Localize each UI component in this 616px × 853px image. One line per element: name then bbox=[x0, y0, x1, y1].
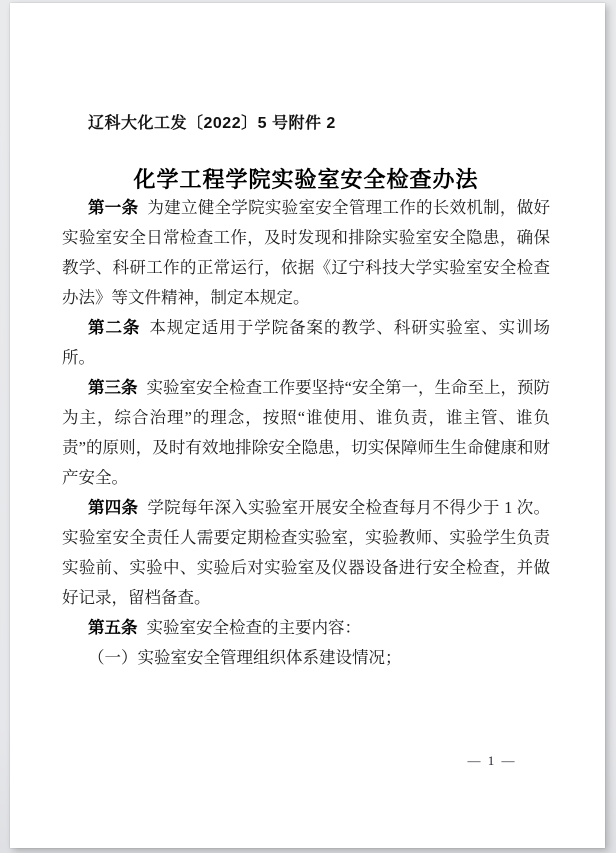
article-label: 第三条 bbox=[88, 379, 138, 397]
paragraph: （一）实验室安全管理组织体系建设情况； bbox=[62, 643, 550, 673]
paragraph: 第四条学院每年深入实验室开展安全检查每月不得少于 1 次。实验室安全责任人需要定… bbox=[62, 493, 550, 613]
desktop-background: { "document": { "header": "辽科大化工发〔2022〕5… bbox=[0, 0, 616, 853]
paragraph: 第二条本规定适用于学院备案的教学、科研实验室、实训场所。 bbox=[62, 313, 550, 373]
paragraph: 第三条实验室安全检查工作要坚持“安全第一，生命至上，预防为主，综合治理”的理念，… bbox=[62, 373, 550, 493]
document-title: 化学工程学院实验室安全检查办法 bbox=[62, 164, 550, 196]
page-number: — 1 — bbox=[432, 752, 552, 770]
paragraph: 第五条实验室安全检查的主要内容： bbox=[62, 613, 550, 643]
document-body: 第一条为建立健全学院实验室安全管理工作的长效机制，做好实验室安全日常检查工作，及… bbox=[62, 193, 550, 673]
paragraph: 第一条为建立健全学院实验室安全管理工作的长效机制，做好实验室安全日常检查工作，及… bbox=[62, 193, 550, 313]
article-label: 第一条 bbox=[88, 199, 138, 217]
article-label: 第五条 bbox=[88, 619, 138, 637]
document-page: 辽科大化工发〔2022〕5 号附件 2 化学工程学院实验室安全检查办法 第一条为… bbox=[10, 3, 605, 848]
article-label: 第二条 bbox=[88, 319, 140, 337]
article-label: 第四条 bbox=[88, 499, 138, 517]
document-reference-header: 辽科大化工发〔2022〕5 号附件 2 bbox=[88, 113, 336, 135]
